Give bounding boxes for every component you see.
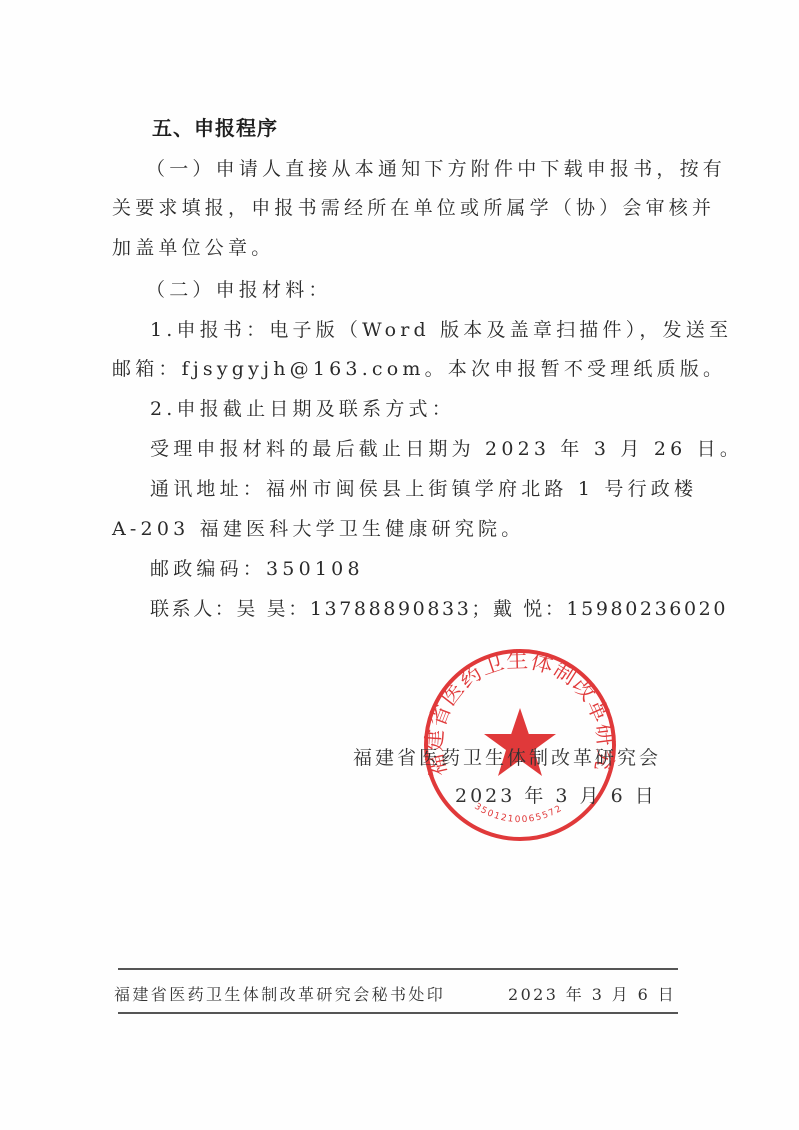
footer-bottom-rule bbox=[118, 1012, 678, 1014]
paragraph-1-line-2: 关要求填报，申报书需经所在单位或所属学（协）会审核并 bbox=[112, 196, 715, 220]
paragraph-4: 2.申报截止日期及联系方式： bbox=[150, 397, 455, 421]
paragraph-6-line-2: A-203 福建医科大学卫生健康研究院。 bbox=[112, 517, 524, 541]
paragraph-3-line-2: 邮箱：fjsygyjh@163.com。本次申报暂不受理纸质版。 bbox=[112, 357, 726, 381]
document-page: 五、申报程序 （一）申请人直接从本通知下方附件中下载申报书，按有 关要求填报，申… bbox=[0, 0, 799, 1130]
signature-organization: 福建省医药卫生体制改革研究会 bbox=[353, 746, 661, 770]
paragraph-2: （二）申报材料： bbox=[146, 278, 332, 302]
paragraph-5: 受理申报材料的最后截止日期为 2023 年 3 月 26 日。 bbox=[150, 437, 743, 461]
paragraph-6-line-1: 通讯地址：福州市闽侯县上街镇学府北路 1 号行政楼 bbox=[150, 477, 697, 501]
footer-issuer: 福建省医药卫生体制改革研究会秘书处印 bbox=[114, 983, 445, 1007]
paragraph-7: 邮政编码：350108 bbox=[150, 557, 364, 581]
signature-date: 2023 年 3 月 6 日 bbox=[455, 784, 657, 808]
section-heading: 五、申报程序 bbox=[152, 116, 278, 140]
footer-top-rule bbox=[118, 968, 678, 970]
official-seal-icon: 福建省医药卫生体制改革研究会 3501210065572 bbox=[420, 645, 620, 845]
paragraph-1-line-1: （一）申请人直接从本通知下方附件中下载申报书，按有 bbox=[146, 157, 726, 181]
paragraph-1-line-3: 加盖单位公章。 bbox=[112, 236, 274, 260]
paragraph-8-contacts: 联系人：吴 昊：13788890833；戴 悦：15980236020 bbox=[150, 597, 728, 621]
paragraph-3-line-1: 1.申报书：电子版（Word 版本及盖章扫描件），发送至 bbox=[150, 318, 732, 342]
footer-date: 2023 年 3 月 6 日 bbox=[508, 983, 676, 1007]
